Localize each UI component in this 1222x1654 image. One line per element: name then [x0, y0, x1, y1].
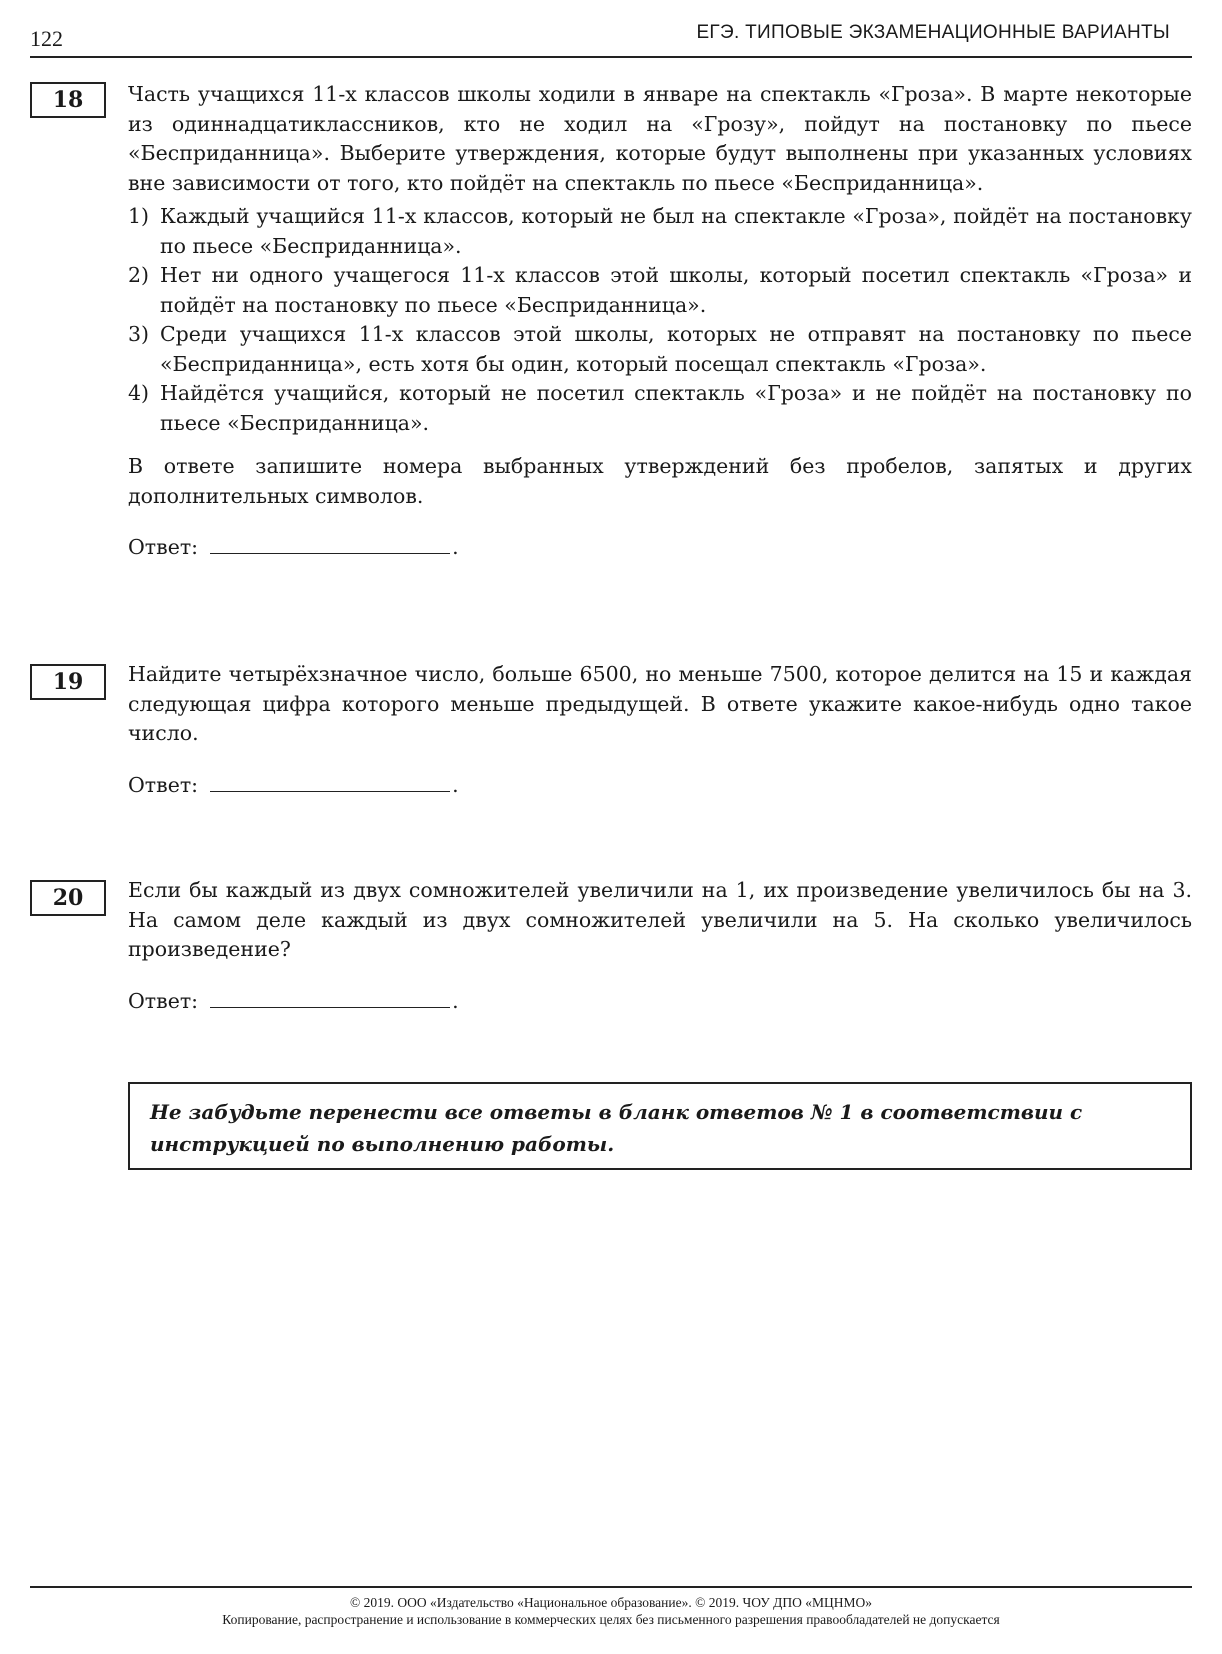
task-text: Если бы каждый из двух сомножителей увел…: [128, 876, 1192, 965]
copyright-line: © 2019. ООО «Издательство «Национальное …: [30, 1594, 1192, 1611]
option-3: 3)Среди учащихся 11-х классов этой школы…: [128, 320, 1192, 379]
answer-label: Ответ:: [128, 987, 198, 1017]
task-number-box: 20: [30, 880, 106, 916]
task-body: Если бы каждый из двух сомножителей увел…: [128, 876, 1192, 1016]
answer-field[interactable]: [210, 533, 450, 554]
running-title: ЕГЭ. ТИПОВЫЕ ЭКЗАМЕНАЦИОННЫЕ ВАРИАНТЫ: [696, 22, 1170, 44]
option-4: 4)Найдётся учащийся, который не посетил …: [128, 379, 1192, 438]
task-number-box: 18: [30, 82, 106, 118]
task-text: Найдите четырёхзначное число, больше 650…: [128, 660, 1192, 749]
answer-label: Ответ:: [128, 771, 198, 801]
option-2: 2)Нет ни одного учащегося 11-х классов э…: [128, 261, 1192, 320]
options-list: 1)Каждый учащийся 11-х классов, который …: [128, 202, 1192, 438]
page-number: 122: [30, 26, 63, 52]
answer-row: Ответ: .: [128, 533, 1192, 563]
answer-instruction: В ответе запишите номера выбранных утвер…: [128, 452, 1192, 511]
answer-label: Ответ:: [128, 533, 198, 563]
option-1: 1)Каждый учащийся 11-х классов, который …: [128, 202, 1192, 261]
task-body: Найдите четырёхзначное число, больше 650…: [128, 660, 1192, 800]
answer-row: Ответ: .: [128, 771, 1192, 801]
answer-row: Ответ: .: [128, 987, 1192, 1017]
task-text: Часть учащихся 11-х классов школы ходили…: [128, 80, 1192, 198]
copying-notice: Копирование, распространение и использов…: [30, 1611, 1192, 1628]
page-header: 122 ЕГЭ. ТИПОВЫЕ ЭКЗАМЕНАЦИОННЫЕ ВАРИАНТ…: [30, 18, 1192, 58]
answer-field[interactable]: [210, 771, 450, 792]
task-number-box: 19: [30, 664, 106, 700]
answer-field[interactable]: [210, 987, 450, 1008]
page-footer: © 2019. ООО «Издательство «Национальное …: [30, 1586, 1192, 1628]
task-body: Часть учащихся 11-х классов школы ходили…: [128, 80, 1192, 563]
reminder-notice: Не забудьте перенести все ответы в бланк…: [128, 1082, 1192, 1170]
